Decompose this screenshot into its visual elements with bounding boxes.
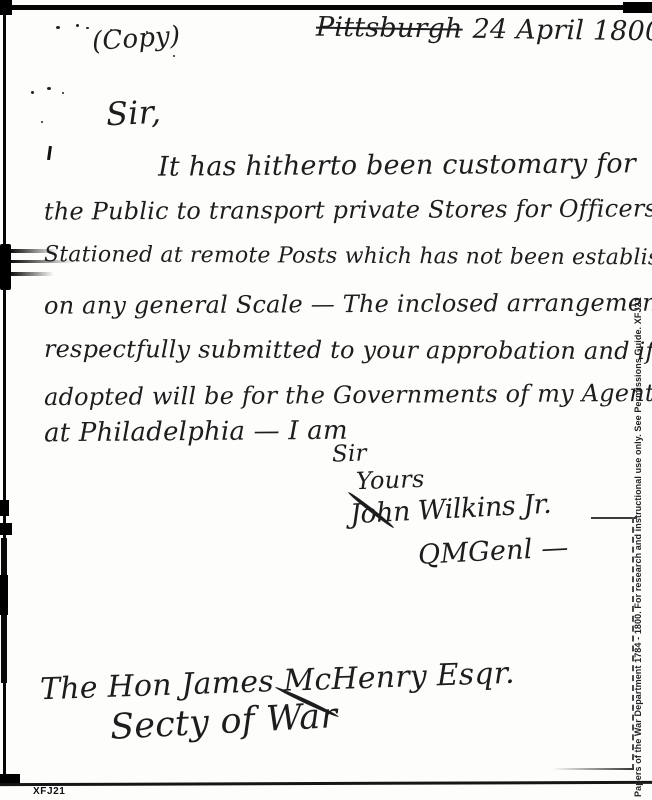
dust-speck — [41, 121, 43, 123]
dust-speck — [31, 91, 34, 94]
registration-bracket-top — [591, 517, 637, 519]
body-line: adopted will be for the Governments of m… — [44, 379, 652, 411]
copy-note: (Copy) — [91, 21, 181, 57]
signature-title: QMGenl — — [417, 532, 569, 571]
body-line: on any general Scale — The inclosed arra… — [44, 288, 652, 319]
scan-corner-top-left — [0, 0, 12, 15]
dust-speck — [47, 87, 51, 90]
ink-blot — [0, 523, 12, 535]
ink-blot — [0, 575, 8, 615]
dust-speck — [56, 26, 60, 29]
body-line: the Public to transport private Stores f… — [44, 194, 652, 225]
ink-blot — [0, 500, 9, 516]
signature-name: John Wilkins Jr. — [349, 489, 552, 530]
scan-edge-top — [0, 5, 652, 10]
body-line: It has hitherto been customary for — [158, 148, 636, 182]
closing-sir: Sir — [332, 440, 368, 467]
salutation: Sir, — [105, 93, 162, 134]
body-line: Stationed at remote Posts which has not … — [44, 242, 652, 271]
dust-speck — [173, 55, 175, 57]
scan-corner-top-right — [623, 2, 652, 13]
scan-bottom-rule — [0, 781, 652, 786]
dust-speck — [86, 27, 89, 29]
pen-mark — [47, 146, 52, 160]
scanned-letter-page: (Copy) Pittsburgh24 April 1800 Sir, It h… — [0, 0, 652, 800]
dust-speck — [62, 92, 64, 94]
dateline: Pittsburgh24 April 1800 — [316, 12, 652, 48]
body-line: respectfully submitted to your approbati… — [44, 335, 652, 365]
archive-corner-label: XFJ21 — [33, 786, 65, 797]
dust-speck — [76, 24, 79, 27]
dateline-date: 24 April 1800 — [472, 14, 652, 48]
registration-bracket-bottom — [552, 768, 634, 770]
scan-streak — [8, 272, 54, 276]
rights-stamp: Papers of the War Department 1784 - 1800… — [633, 305, 643, 797]
dateline-place: Pittsburgh — [316, 12, 463, 45]
addressee-title: Secty of War — [109, 696, 338, 748]
closing-yours: Yours — [356, 465, 425, 495]
body-line: at Philadelphia — I am — [44, 416, 348, 449]
